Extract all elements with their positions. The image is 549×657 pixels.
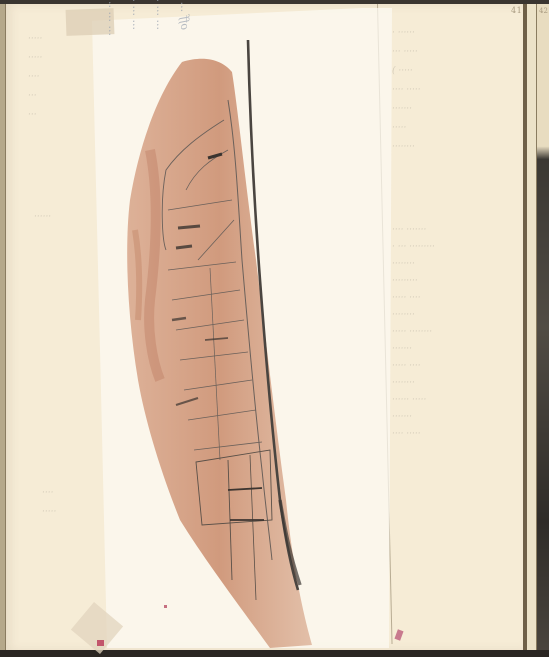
pencil-sketch [0, 0, 549, 657]
red-dot-mark [164, 605, 167, 608]
notebook-scan: 41 42 ····· ····· ···· ··· ··· ······ ··… [0, 0, 549, 657]
red-corner-mark [97, 640, 104, 646]
ridge-line [248, 40, 298, 590]
